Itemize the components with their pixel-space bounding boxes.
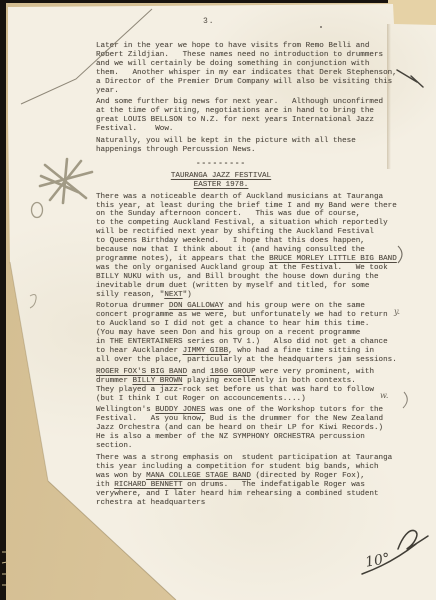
text-line: concert programme as we were, but unfort… [96,311,428,320]
text-line: a Director of the Premier Drum Company w… [96,78,428,87]
text-line: to the competing Auckland Festival, a si… [96,219,428,228]
text-line: EASTER 1978. [96,181,346,190]
page-number: 3. [203,17,215,26]
paragraph: Naturally, you will be kept in the pictu… [96,137,428,155]
text-line: will be rectified next year by shifting … [96,228,428,237]
text-line: verywhere, and I later heard him rehears… [96,490,428,499]
text-line: section. [96,442,428,451]
text-line: was the only organised Auckland group at… [96,264,428,273]
text-line: Jazz Orchestra (and can be heard on thei… [96,424,428,433]
text-line: year. [96,87,428,96]
text-line: ROGER FOX'S BIG BAND and 1860 GROUP were… [96,368,428,377]
text-line: them. Another whisper in my ear indicate… [96,69,428,78]
document-body: Later in the year we hope to have visits… [96,42,428,510]
text-line: (You may have seen Don and his group on … [96,329,428,338]
text-line: great LOUIS BELLSON to N.Z. for next yea… [96,116,428,125]
text-line: Festival. As you know, Bud is the drumme… [96,415,428,424]
paragraph: Later in the year we hope to have visits… [96,42,428,95]
paragraph: There was a noticeable dearth of Aucklan… [96,193,428,300]
text-line: and we will certainly be doing something… [96,60,428,69]
text-line: drummer BILLY BROWN playing excellently … [96,377,428,386]
text-line: And some further big news for next year.… [96,98,428,107]
text-line: in THE ENTERTAINERS series on TV 1.) Als… [96,338,428,347]
text-line: They played a jazz-rock set before us th… [96,386,428,395]
text-line: inevitable drum duet (written by myself … [96,282,428,291]
paragraph: There was a strong emphasis on student p… [96,454,428,507]
text-line: rchestra at headquarters [96,499,428,508]
text-line: He is also a member of the NZ SYMPHONY O… [96,433,428,442]
text-line: to Auckland so I did not get a chance to… [96,320,428,329]
paragraph: Wellington's BUDDY JONES was one of the … [96,406,428,451]
text-line: Robert Zildjian. These names need no int… [96,51,428,60]
paragraph: Rotorua drummer DON GALLOWAY and his gro… [96,302,428,364]
text-line: There was a strong emphasis on student p… [96,454,428,463]
text-line: Festival. Wow. [96,125,428,134]
text-line: to Queens Birthday weekend. I hope that … [96,237,428,246]
text-line: BILLY NUKU with us, and Bill brought the… [96,273,428,282]
text-line: Wellington's BUDDY JONES was one of the … [96,406,428,415]
text-line: silly reason, "NEXT") [96,291,428,300]
text-line: Later in the year we hope to have visits… [96,42,428,51]
text-line: to hear Aucklander JIMMY GIBB, who had a… [96,347,428,356]
text-line: --------- [96,160,346,169]
text-line: because now that I think about it (and h… [96,246,428,255]
backing-sheet-corner [388,0,436,25]
text-line: ith RICHARD BENNETT on drums. The indefa… [96,481,428,490]
paragraph: And some further big news for next year.… [96,98,428,134]
divider: --------- [96,160,346,169]
text-line: (but I think I cut Roger on accouncement… [96,395,428,404]
text-line: programme notes), it appears that the BR… [96,255,428,264]
text-line: happenings through Percussion News. [96,146,428,155]
text-line: at the time of writing, negotiations are… [96,107,428,116]
heading: TAURANGA JAZZ FESTIVALEASTER 1978. [96,172,346,190]
text-line: this year including a competition for st… [96,463,428,472]
paragraph: ROGER FOX'S BIG BAND and 1860 GROUP were… [96,368,428,404]
text-line: all over the place, particularly at the … [96,356,428,365]
text-line: was won by MANA COLLEGE STAGE BAND (dire… [96,472,428,481]
text-line: Naturally, you will be kept in the pictu… [96,137,428,146]
text-line: There was a noticeable dearth of Aucklan… [96,193,428,202]
text-line: on the Sunday afternoon concert. This wa… [96,210,428,219]
scanned-document-page: 3. Later in the year we hope to have vis… [0,0,436,600]
text-line: TAURANGA JAZZ FESTIVAL [96,172,346,181]
